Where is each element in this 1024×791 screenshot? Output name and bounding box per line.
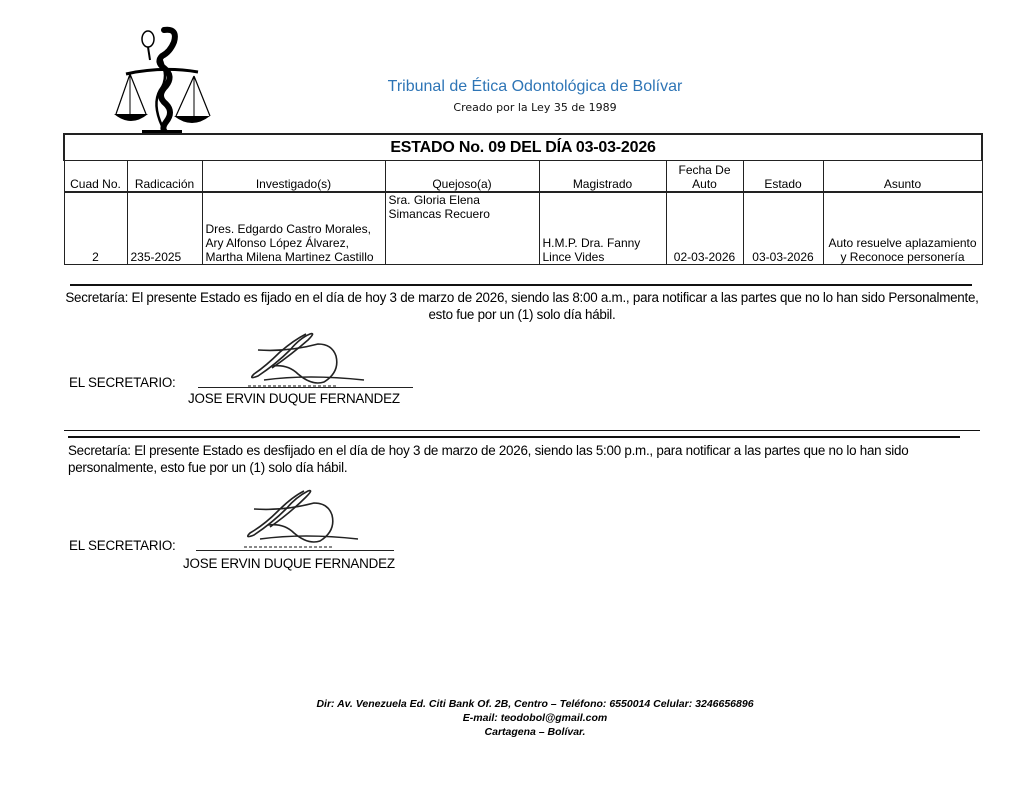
estado-table: ESTADO No. 09 DEL DÍA 03-03-2026 Cuad No…: [63, 133, 983, 265]
cell-estado: 03-03-2026: [743, 192, 823, 265]
tribunal-subtitle: Creado por la Ley 35 de 1989: [0, 101, 1024, 114]
footer-contact: Dir: Av. Venezuela Ed. Citi Bank Of. 2B,…: [0, 697, 1024, 739]
cell-asunto: Auto resuelve aplazamiento y Reconoce pe…: [823, 192, 982, 265]
secretary-label: EL SECRETARIO:: [69, 538, 176, 553]
cell-magistrado: H.M.P. Dra. Fanny Lince Vides: [539, 192, 666, 265]
column-header-asunto: Asunto: [823, 161, 982, 193]
column-header-radicacion: Radicación: [127, 161, 202, 193]
fijacion-note: Secretaría: El presente Estado es fijado…: [63, 289, 981, 323]
secretary-name: JOSE ERVIN DUQUE FERNANDEZ: [188, 391, 400, 406]
footer-email[interactable]: E-mail: teodobol@gmail.com: [0, 711, 1024, 725]
estado-caption: ESTADO No. 09 DEL DÍA 03-03-2026: [64, 134, 982, 161]
signature-line: [196, 550, 394, 551]
cell-quejoso: Sra. Gloria Elena Simancas Recuero: [385, 192, 539, 265]
handwritten-signature-icon: [228, 330, 368, 388]
handwritten-signature-icon: [222, 487, 362, 549]
footer-city: Cartagena – Bolívar.: [0, 725, 1024, 739]
column-header-magistrado: Magistrado: [539, 161, 666, 193]
column-header-fecha-auto: Fecha De Auto: [666, 161, 743, 193]
table-row: 2 235-2025 Dres. Edgardo Castro Morales,…: [64, 192, 982, 265]
column-header-estado: Estado: [743, 161, 823, 193]
cell-radicacion: 235-2025: [127, 192, 202, 265]
cell-investigados: Dres. Edgardo Castro Morales, Ary Alfons…: [202, 192, 385, 265]
divider: [64, 430, 980, 431]
column-header-quejoso: Quejoso(a): [385, 161, 539, 193]
divider: [70, 284, 972, 286]
desfijacion-note: Secretaría: El presente Estado es desfij…: [68, 442, 978, 476]
footer-address: Dir: Av. Venezuela Ed. Citi Bank Of. 2B,…: [0, 697, 1024, 711]
column-header-investigados: Investigado(s): [202, 161, 385, 193]
signature-line: [198, 387, 413, 388]
cell-cuad-no: 2: [64, 192, 127, 265]
divider: [68, 436, 960, 438]
secretary-name: JOSE ERVIN DUQUE FERNANDEZ: [183, 556, 395, 571]
secretary-label: EL SECRETARIO:: [69, 375, 176, 390]
column-header-cuad-no: Cuad No.: [64, 161, 127, 193]
tribunal-title: Tribunal de Ética Odontológica de Bolíva…: [0, 78, 1024, 96]
cell-fecha-auto: 02-03-2026: [666, 192, 743, 265]
